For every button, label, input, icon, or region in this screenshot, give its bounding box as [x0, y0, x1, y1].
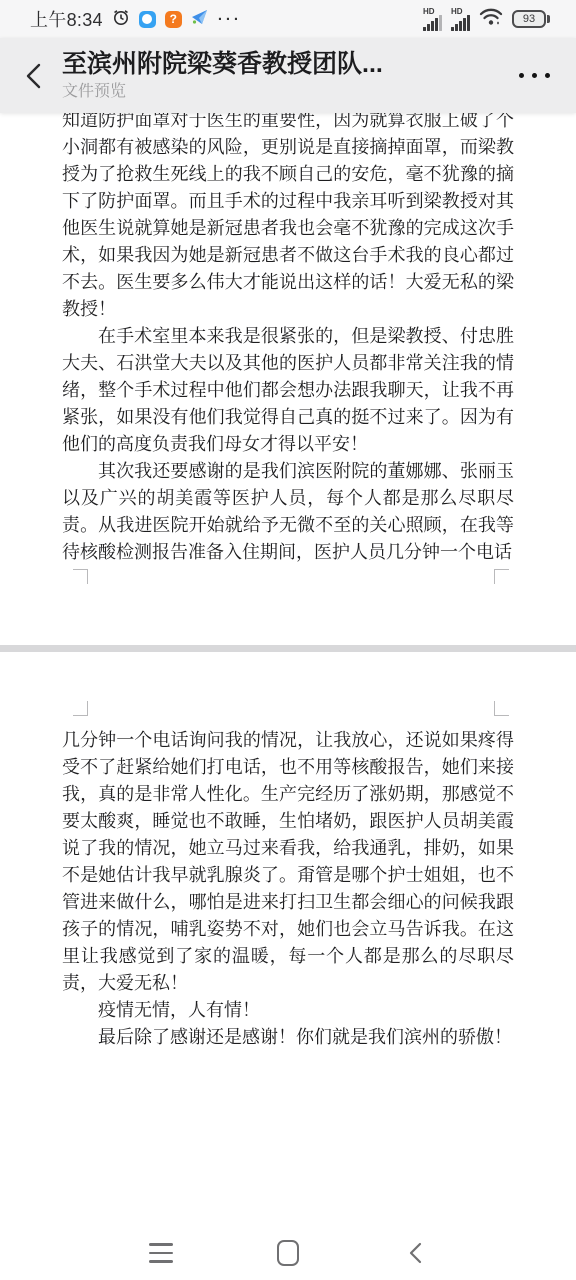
- status-bar: 上午8:34 ? ··· HD: [0, 0, 576, 38]
- page1-margin-corner-left: [73, 569, 88, 584]
- recents-button[interactable]: [98, 1243, 225, 1263]
- status-bar-right: HD HD: [423, 7, 550, 32]
- clock-time: 上午8:34: [30, 6, 103, 32]
- home-icon: [277, 1240, 299, 1266]
- paragraph: 其次我还要感谢的是我们滨医附院的董娜娜、张丽玉以及广兴的胡美霞等医护人员，每个人…: [62, 458, 514, 566]
- paragraph: 在手术室里本来我是很紧张的，但是梁教授、付忠胜大夫、石洪堂大夫以及其他的医护人员…: [62, 323, 514, 458]
- battery-percent: 93: [512, 10, 546, 28]
- header-titles: 至滨州附院梁葵香教授团队... 文件预览: [62, 49, 515, 102]
- sim2-signal-icon: HD: [451, 8, 470, 31]
- blue-app-notification-icon: [139, 11, 156, 28]
- paragraph: 最后除了感谢还是感谢！你们就是我们滨州的骄傲！: [62, 1024, 514, 1051]
- paper-plane-app-icon: [191, 8, 209, 31]
- back-button[interactable]: [22, 56, 56, 96]
- more-dot: [532, 73, 537, 78]
- document-preview[interactable]: 知道防护面罩对于医生的重要性，因为就算衣服上破了个小洞都有被感染的风险，更别说是…: [0, 113, 576, 1226]
- status-bar-left: 上午8:34 ? ···: [30, 6, 242, 32]
- menu-icon: [149, 1243, 173, 1263]
- more-notifications-icon: ···: [218, 11, 242, 28]
- more-dot: [519, 73, 524, 78]
- system-navigation-bar: [0, 1226, 576, 1280]
- page2-margin-corner-right: [494, 701, 509, 716]
- sim1-signal-icon: HD: [423, 8, 442, 31]
- document-page-2: 几分钟一个电话询问我的情况，让我放心，还说如果疼得受不了赶紧给她们打电话，也不用…: [0, 652, 576, 1226]
- home-button[interactable]: [225, 1240, 352, 1266]
- question-app-notification-icon: ?: [165, 11, 182, 28]
- phone-screen: 上午8:34 ? ··· HD: [0, 0, 576, 1280]
- alarm-icon: [112, 8, 130, 31]
- nav-back-button[interactable]: [351, 1241, 478, 1265]
- paragraph: 知道防护面罩对于医生的重要性，因为就算衣服上破了个小洞都有被感染的风险，更别说是…: [62, 113, 514, 323]
- battery-icon: 93: [512, 10, 550, 28]
- paragraph: 几分钟一个电话询问我的情况，让我放心，还说如果疼得受不了赶紧给她们打电话，也不用…: [62, 727, 514, 997]
- app-header: 至滨州附院梁葵香教授团队... 文件预览: [0, 38, 576, 113]
- back-chevron-icon: [407, 1241, 423, 1265]
- page-break-divider: [0, 645, 576, 652]
- wifi-icon: [479, 7, 503, 32]
- document-page-1: 知道防护面罩对于医生的重要性，因为就算衣服上破了个小洞都有被感染的风险，更别说是…: [0, 113, 576, 645]
- more-menu-button[interactable]: [515, 63, 554, 88]
- document-title: 至滨州附院梁葵香教授团队...: [62, 49, 515, 79]
- page2-margin-corner-left: [73, 701, 88, 716]
- page-subtitle: 文件预览: [62, 81, 515, 102]
- paragraph: 疫情无情，人有情！: [62, 997, 514, 1024]
- page1-margin-corner-right: [494, 569, 509, 584]
- more-dot: [545, 73, 550, 78]
